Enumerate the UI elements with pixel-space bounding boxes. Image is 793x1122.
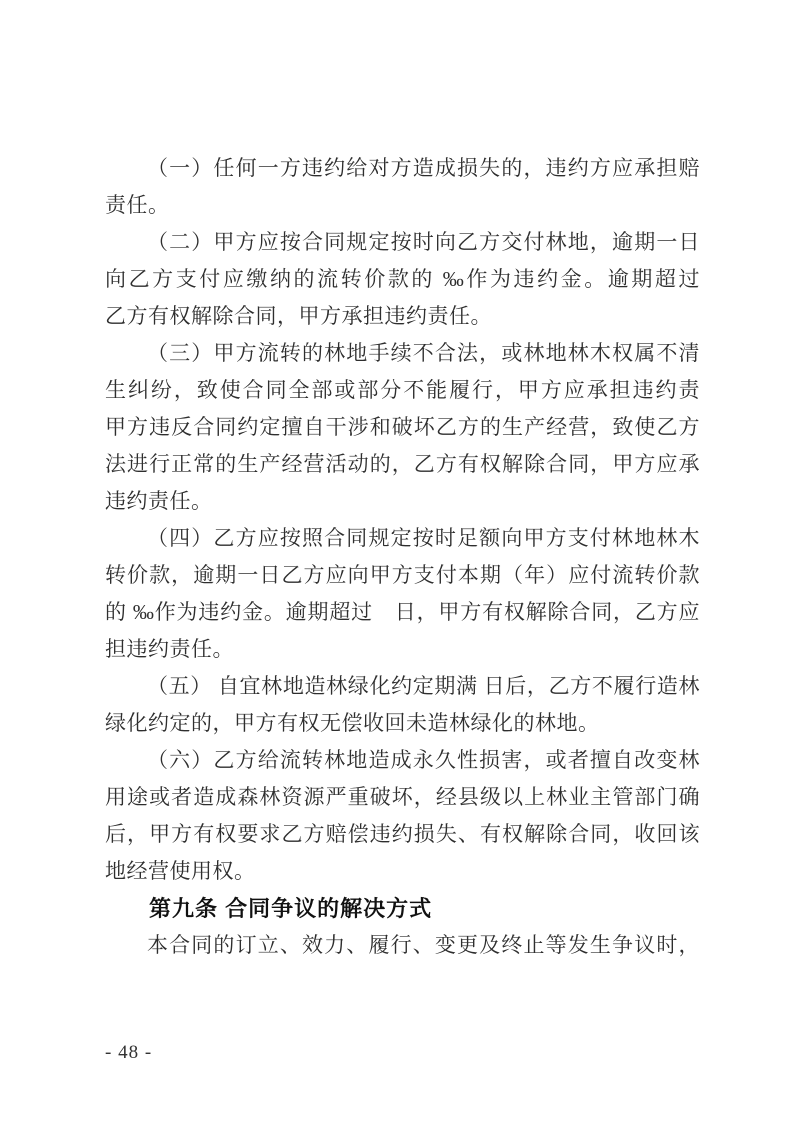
clause-line: 责任。 bbox=[105, 187, 700, 224]
page-footer: - 48 - bbox=[105, 1041, 152, 1065]
section-intro-line: 本合同的订立、效力、履行、变更及终止等发生争议时，双 bbox=[105, 927, 700, 964]
clause-3: （三）甲方流转的林地手续不合法，或林地林木权属不清产 生纠纷，致使合同全部或部分… bbox=[105, 335, 700, 520]
clause-line: （一）任何一方违约给对方造成损失的，违约方应承担赔偿 bbox=[105, 150, 700, 187]
document-page: （一）任何一方违约给对方造成损失的，违约方应承担赔偿 责任。 （二）甲方应按合同… bbox=[0, 0, 793, 1122]
clause-line: （三）甲方流转的林地手续不合法，或林地林木权属不清产 bbox=[105, 335, 700, 372]
clause-line: （六）乙方给流转林地造成永久性损害，或者擅自改变林地 bbox=[105, 742, 700, 779]
clause-line: 生纠纷，致使合同全部或部分不能履行，甲方应承担违约责任。 bbox=[105, 372, 700, 409]
clause-line: （二）甲方应按合同规定按时向乙方交付林地，逾期一日应 bbox=[105, 224, 700, 261]
clause-line: 用途或者造成森林资源严重破坏，经县级以上林业主管部门确认 bbox=[105, 779, 700, 816]
clause-line: （五） 自宜林地造林绿化约定期满 日后，乙方不履行造林 bbox=[105, 668, 700, 705]
clause-line: 法进行正常的生产经营活动的，乙方有权解除合同，甲方应承担 bbox=[105, 446, 700, 483]
clause-line: 违约责任。 bbox=[105, 483, 700, 520]
clause-line: 乙方有权解除合同，甲方承担违约责任。 bbox=[105, 298, 700, 335]
clause-1: （一）任何一方违约给对方造成损失的，违约方应承担赔偿 责任。 bbox=[105, 150, 700, 224]
clause-line: 后，甲方有权要求乙方赔偿违约损失、有权解除合同，收回该林 bbox=[105, 816, 700, 853]
clause-2: （二）甲方应按合同规定按时向乙方交付林地，逾期一日应 向乙方支付应缴纳的流转价款… bbox=[105, 224, 700, 335]
clause-4: （四）乙方应按照合同规定按时足额向甲方支付林地林木流 转价款，逾期一日乙方应向甲… bbox=[105, 520, 700, 668]
section-heading: 第九条 合同争议的解决方式 bbox=[105, 890, 700, 927]
clause-line: 担违约责任。 bbox=[105, 631, 700, 668]
clause-5: （五） 自宜林地造林绿化约定期满 日后，乙方不履行造林 绿化约定的，甲方有权无偿… bbox=[105, 668, 700, 742]
clause-line: 甲方违反合同约定擅自干涉和破坏乙方的生产经营，致使乙方无 bbox=[105, 409, 700, 446]
clause-line: 地经营使用权。 bbox=[105, 853, 700, 890]
clause-line: （四）乙方应按照合同规定按时足额向甲方支付林地林木流 bbox=[105, 520, 700, 557]
clause-6: （六）乙方给流转林地造成永久性损害，或者擅自改变林地 用途或者造成森林资源严重破… bbox=[105, 742, 700, 890]
contract-body: （一）任何一方违约给对方造成损失的，违约方应承担赔偿 责任。 （二）甲方应按合同… bbox=[105, 150, 700, 964]
page-number: - 48 - bbox=[105, 1042, 152, 1063]
clause-line: 的 ‰作为违约金。逾期超过 日，甲方有权解除合同，乙方应承 bbox=[105, 594, 700, 631]
clause-line: 向乙方支付应缴纳的流转价款的 ‰作为违约金。逾期超过 日， bbox=[105, 261, 700, 298]
clause-line: 转价款，逾期一日乙方应向甲方支付本期（年）应付流转价款 bbox=[105, 557, 700, 594]
clause-line: 绿化约定的，甲方有权无偿收回未造林绿化的林地。 bbox=[105, 705, 700, 742]
